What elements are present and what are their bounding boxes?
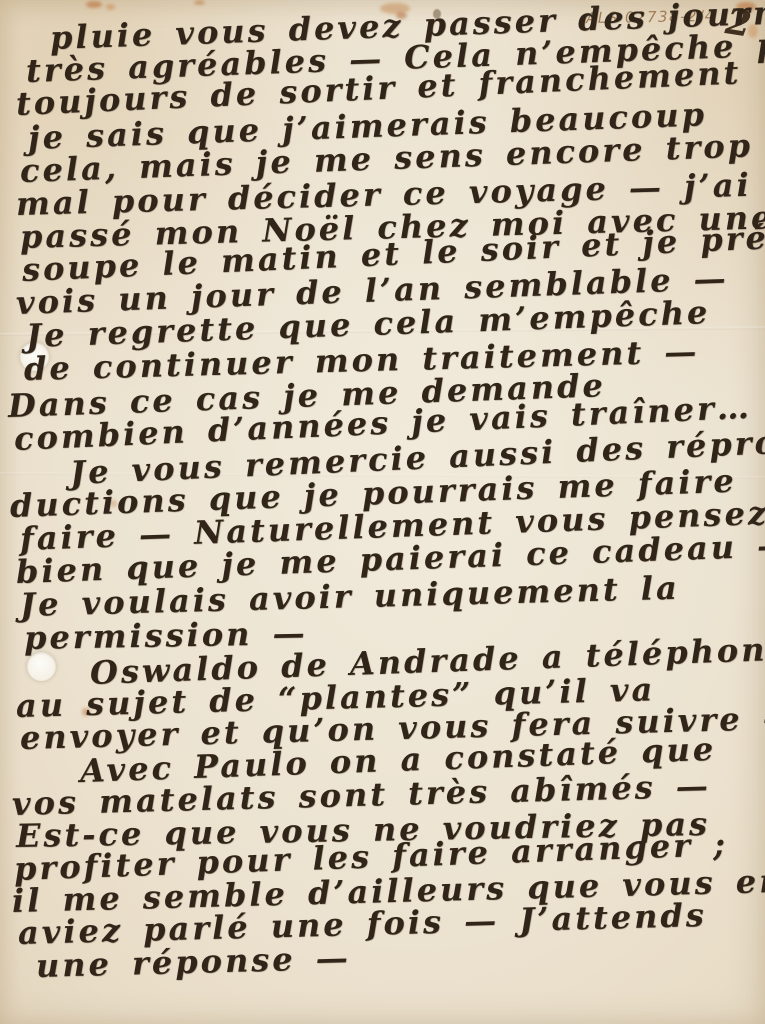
foxing-stain bbox=[194, 0, 205, 5]
handwritten-line: une réponse — bbox=[36, 942, 351, 982]
letter-page: ALS 02738-2/4 2 pluie vous devez passer … bbox=[0, 0, 765, 1024]
foxing-stain bbox=[86, 1, 102, 8]
foxing-stain bbox=[106, 4, 115, 10]
